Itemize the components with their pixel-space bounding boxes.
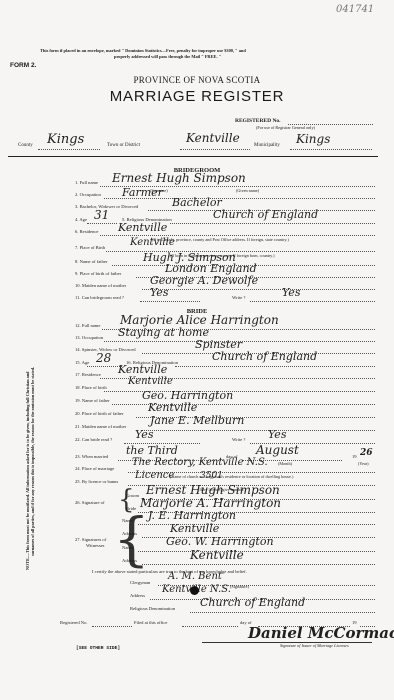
groom-write-label: Write ?: [232, 295, 245, 300]
place-of-marriage-label: 24. Place of marriage: [75, 466, 114, 471]
witness2-name-label: Name: [122, 545, 133, 550]
groom-residence-value: Kentville: [118, 221, 167, 234]
clergyman-signature: A. M. Bent: [168, 571, 222, 582]
groom-birthplace-value: Kentville: [130, 237, 175, 248]
bride-fullname-value: Marjorie Alice Harrington: [120, 313, 279, 327]
groom-religion-value: Church of England: [213, 208, 318, 221]
year-prefix: 19: [352, 454, 357, 459]
county-label: County: [18, 143, 33, 148]
bride-read-value: Yes: [135, 428, 153, 441]
bride-religion-value: Church of England: [212, 350, 317, 363]
registered-no-label: REGISTERED No.: [235, 118, 281, 124]
bride-birthplace-value: Kentville: [128, 376, 173, 387]
month-value: August: [256, 443, 299, 457]
clergy-address-label: Address: [130, 593, 145, 598]
groom-occupation-label: 2. Occupation: [75, 192, 101, 197]
bride-write-value: Yes: [268, 428, 286, 441]
witness1-name: J. E. Harrington: [148, 509, 236, 522]
groom-write-value: Yes: [282, 286, 300, 299]
bride-fullname-label: 12. Full name: [75, 323, 100, 328]
municipality-value: Kings: [296, 132, 330, 146]
witness1-name-label: Name: [122, 518, 133, 523]
bride-father-birthplace-value: Kentville: [148, 401, 197, 414]
groom-fullname-label: 1. Full name: [75, 180, 98, 185]
bride-age-label: 15. Age: [75, 360, 89, 365]
groom-father-label: 8. Name of father: [75, 259, 107, 264]
document-number: 041741: [336, 4, 374, 15]
groom-read-value: Yes: [150, 286, 168, 299]
witness2-address: Kentville: [190, 548, 244, 562]
bride-father-birthplace-label: 20. Place of birth of father: [75, 411, 123, 416]
ink-blot: [190, 586, 199, 595]
witness1-address: Kentville: [170, 522, 219, 535]
groom-father-birthplace-label: 9. Place of birth of father: [75, 271, 121, 276]
groom-read-label: 11. Can bridegroom read ?: [75, 295, 124, 300]
municipality-label: Municipality: [254, 143, 280, 148]
registrar-note: (For use of Registrar General only): [256, 125, 315, 130]
year-hint: (Year): [358, 461, 369, 466]
bride-father-label: 19. Name of father: [75, 398, 110, 403]
groom-mother-label: 10. Maiden name of mother: [75, 283, 126, 288]
witnesses-label: 27. Signatures of: [75, 537, 106, 542]
licence-number: 3501: [200, 471, 223, 481]
signature-of-label: 26. Signature of: [75, 500, 104, 505]
groom-age-label: 4. Age: [75, 217, 87, 222]
clergyman-label: Clergyman: [130, 580, 150, 585]
page-title: MARRIAGE REGISTER: [0, 88, 394, 105]
month-hint: (Month): [278, 461, 292, 466]
given-name-hint: (Given name): [236, 188, 259, 193]
bride-read-label: 22. Can bride read ?: [75, 437, 112, 442]
town-label: Town or District: [107, 143, 140, 148]
town-value: Kentville: [186, 131, 240, 145]
place-hint: (Name of church or clergyman's residence…: [170, 474, 293, 479]
bride-residence-value: Kentville: [118, 363, 167, 376]
marriage-register-page: 041741 This form if placed in an envelop…: [0, 0, 394, 700]
province-heading: PROVINCE OF NOVA SCOTIA: [0, 75, 394, 85]
bride-age-value: 28: [96, 351, 111, 365]
licence-value: Licence: [135, 470, 174, 481]
witness2-name: Geo. W. Harrington: [166, 535, 274, 548]
groom-fullname-value: Ernest Hugh Simpson: [112, 171, 246, 185]
witnesses-label2: Witnesses: [86, 543, 104, 548]
groom-signature-label: Groom: [126, 493, 139, 498]
registered-no-footer-label: Registered No.: [60, 620, 88, 625]
licence-label: 25. By licence or banns: [75, 479, 118, 484]
when-married-label: 23. When married: [75, 454, 108, 459]
filed-label: Filed at this office: [134, 620, 167, 625]
mail-notice-line2: properly addressed will pass through the…: [114, 54, 221, 59]
bride-mother-value: Jane E. Mellburn: [150, 414, 244, 427]
signature-hint: (Signature): [230, 584, 249, 589]
witness2-address-label: Address: [122, 558, 137, 563]
bride-residence-label: 17. Residence: [75, 372, 101, 377]
county-value: Kings: [47, 132, 84, 147]
day-value: the Third: [126, 444, 178, 457]
bride-mother-label: 21. Maiden name of mother: [75, 424, 126, 429]
bride-birthplace-label: 18. Place of birth: [75, 385, 107, 390]
bride-occupation-label: 13. Occupation: [75, 335, 103, 340]
witness1-address-label: Address: [122, 531, 137, 536]
mail-notice-line1: This form if placed in an envelope, mark…: [40, 48, 246, 53]
side-note-line2: surnames of all parties, and if for any …: [30, 240, 35, 570]
side-note: NOTE.—This form must not be mutilated. A…: [25, 240, 35, 570]
groom-residence-label: 6. Residence: [75, 229, 98, 234]
bride-write-label: Write ?: [232, 437, 245, 442]
form-label: FORM 2.: [10, 62, 36, 69]
groom-birthplace-label: 7. Place of Birth: [75, 245, 105, 250]
groom-age-value: 31: [94, 208, 109, 222]
groom-signature: Ernest Hugh Simpson: [146, 483, 280, 497]
see-other-side: [SEE OTHER SIDE]: [76, 646, 120, 651]
clergy-denomination-label: Religious Denomination: [130, 606, 175, 611]
issuer-signature: Daniel McCormack: [248, 624, 394, 642]
year-value: 26: [360, 448, 373, 458]
place-of-marriage-value: The Rectory, Kentville N.S.: [132, 457, 268, 468]
bride-signature: Marjorie A. Harrington: [140, 496, 281, 510]
clergy-denomination: Church of England: [200, 596, 305, 609]
issuer-hint: Signature of Issuer of Marriage Licenses: [280, 643, 349, 648]
